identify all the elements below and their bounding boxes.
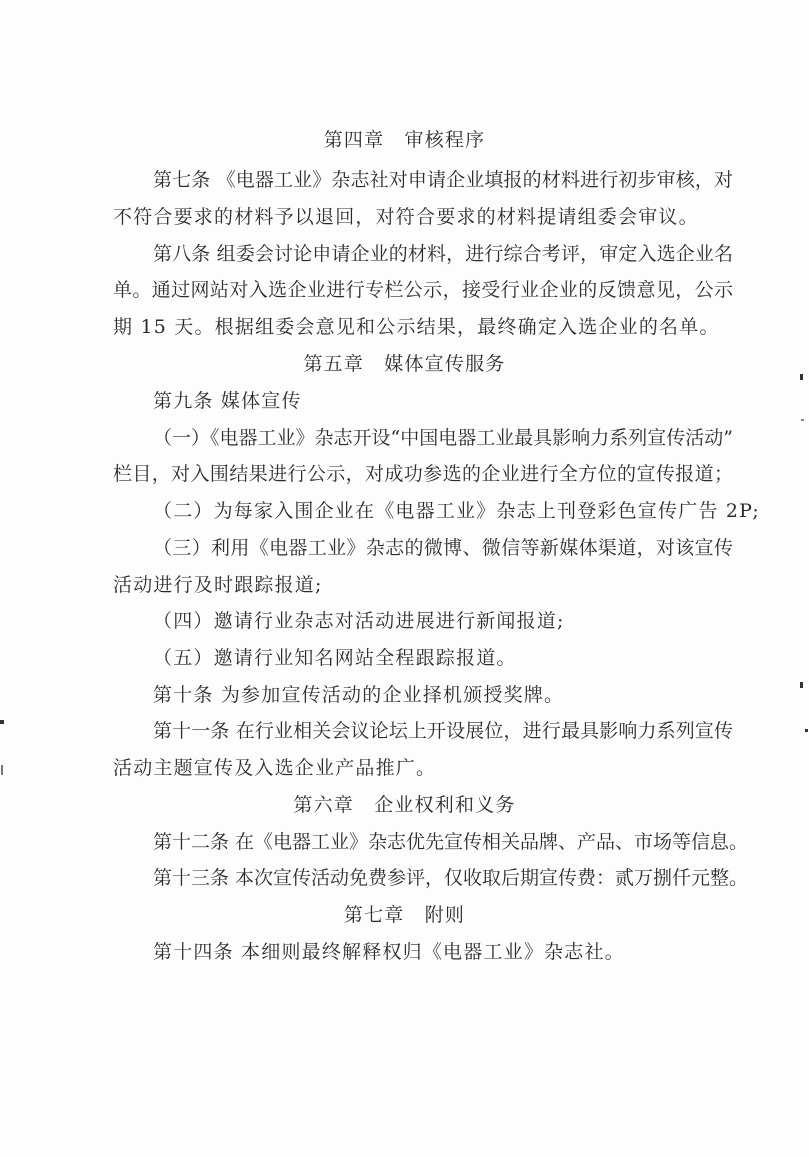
article-12: 第十二条 在《电器工业》杂志优先宣传相关品牌、产品、市场等信息。 (153, 830, 733, 854)
scan-mark (800, 682, 803, 688)
article-7-line-2: 不符合要求的材料予以退回，对符合要求的材料提请组委会审议。 (113, 205, 733, 229)
article-9-item-3-line-2: 活动进行及时跟踪报道; (113, 573, 733, 597)
article-9-item-2: （二）为每家入围企业在《电器工业》杂志上刊登彩色宣传广告 2P; (153, 499, 773, 523)
article-9-item-4: （四）邀请行业杂志对活动进展进行新闻报道; (153, 609, 773, 633)
chapter-4-heading: 第四章 审核程序 (0, 128, 809, 152)
article-8-line-3: 期 15 天。根据组委会意见和公示结果，最终确定入选企业的名单。 (113, 315, 733, 339)
chapter-6-heading: 第六章 企业权利和义务 (0, 793, 809, 817)
scan-mark (1, 765, 3, 775)
article-13: 第十三条 本次宣传活动免费参评，仅收取后期宣传费：贰万捌仟元整。 (153, 866, 733, 890)
article-9-item-1-line-2: 栏目，对入围结果进行公示，对成功参选的企业进行全方位的宣传报道； (113, 462, 733, 486)
scan-mark (800, 374, 803, 380)
article-9-item-1-line-1: （一）《电器工业》杂志开设“中国电器工业最具影响力系列宣传活动” (153, 426, 733, 450)
article-8-line-2: 单。通过网站对入选企业进行专栏公示，接受行业企业的反馈意见，公示 (113, 278, 733, 302)
article-9-item-3-line-1: （三）利用《电器工业》杂志的微博、微信等新媒体渠道，对该宣传 (153, 536, 733, 560)
article-9-heading: 第九条 媒体宣传 (153, 389, 773, 413)
scanned-document-page: 第四章 审核程序 第七条 《电器工业》杂志社对申请企业填报的材料进行初步审核，对… (0, 0, 809, 1157)
article-11-line-1: 第十一条 在行业相关会议论坛上开设展位，进行最具影响力系列宣传 (153, 719, 733, 743)
article-11-line-2: 活动主题宣传及入选企业产品推广。 (113, 756, 733, 780)
article-7-line-1: 第七条 《电器工业》杂志社对申请企业填报的材料进行初步审核，对 (153, 168, 733, 192)
article-8-line-1: 第八条 组委会讨论申请企业的材料，进行综合考评，审定入选企业名 (153, 242, 733, 266)
article-10: 第十条 为参加宣传活动的企业择机颁授奖牌。 (153, 683, 773, 707)
scan-mark (805, 729, 808, 732)
scan-mark (801, 419, 804, 421)
article-14: 第十四条 本细则最终解释权归《电器工业》杂志社。 (153, 940, 773, 964)
scan-mark (0, 720, 4, 724)
article-9-item-5: （五）邀请行业知名网站全程跟踪报道。 (153, 646, 773, 670)
chapter-7-heading: 第七章 附则 (0, 903, 809, 927)
chapter-5-heading: 第五章 媒体宣传服务 (0, 352, 809, 376)
